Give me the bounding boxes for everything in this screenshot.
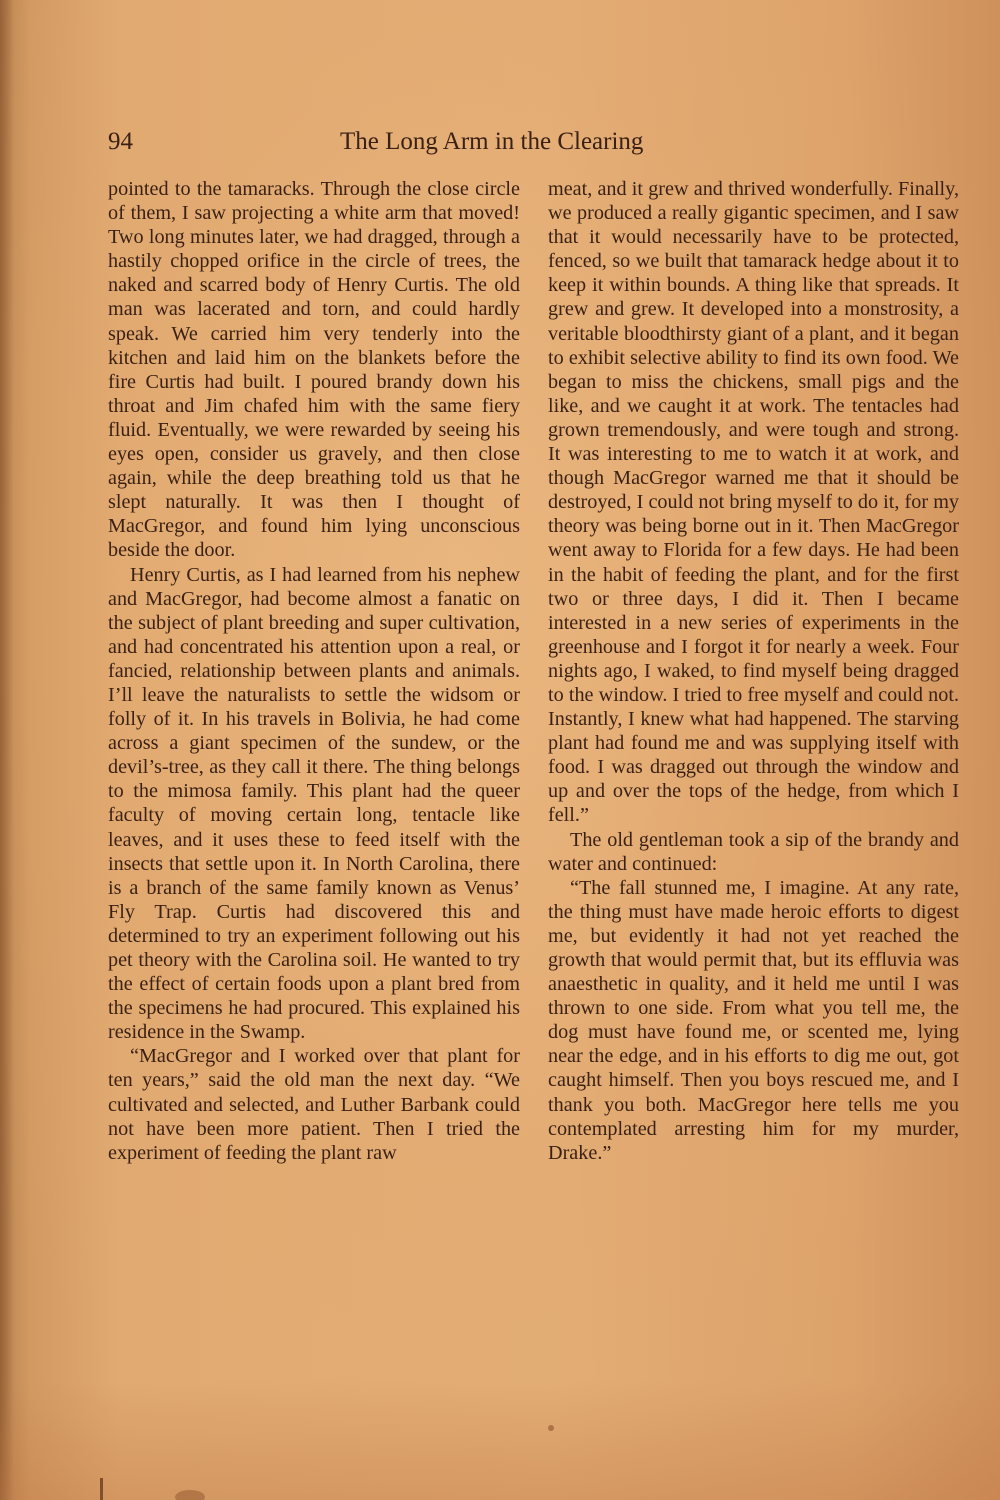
page-number: 94 [108, 128, 133, 156]
text-column-left: pointed to the tamaracks. Through the cl… [108, 177, 520, 1165]
edge-mark [100, 1478, 103, 1500]
paper-stain [175, 1490, 205, 1500]
text-column-right: meat, and it grew and thrived wonder­ful… [548, 177, 959, 1165]
paragraph: pointed to the tamaracks. Through the cl… [108, 177, 520, 563]
running-title: The Long Arm in the Clearing [340, 128, 643, 156]
paragraph: meat, and it grew and thrived wonder­ful… [548, 177, 959, 828]
paragraph: “The fall stunned me, I imagine. At any … [548, 876, 959, 1165]
book-page: 94 The Long Arm in the Clearing pointed … [0, 0, 1000, 1500]
paper-stain [548, 1425, 554, 1431]
paragraph: Henry Curtis, as I had learned from his … [108, 563, 520, 1045]
running-header: 94 The Long Arm in the Clearing [108, 124, 732, 160]
paragraph: “MacGregor and I worked over that plant … [108, 1044, 520, 1164]
paragraph: The old gentleman took a sip of the bran… [548, 828, 959, 876]
